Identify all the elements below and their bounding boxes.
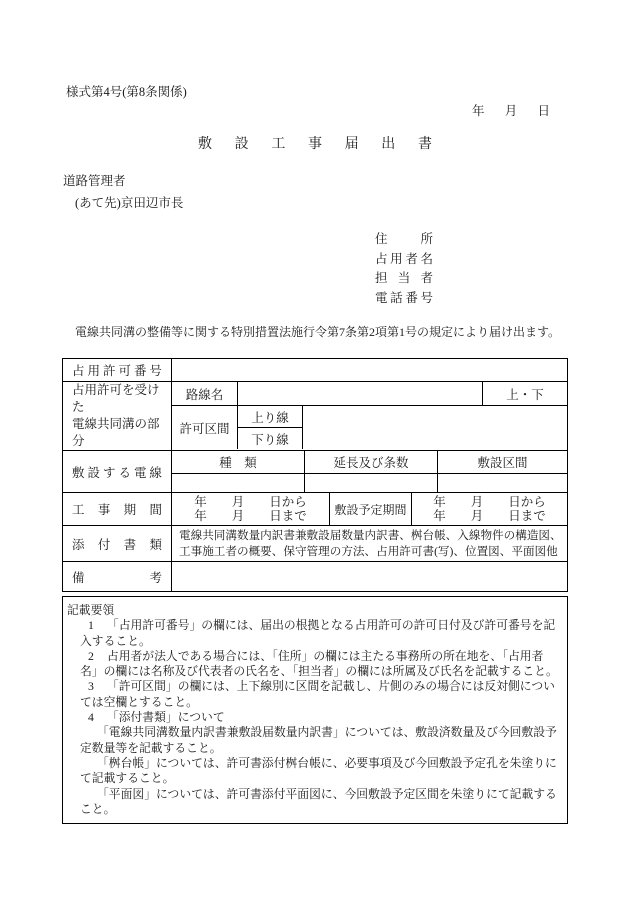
route-name-label: 路線名 <box>172 382 237 405</box>
occupant-name-label: 占用者名 <box>375 248 433 268</box>
applicant-label-block: 住所 占用者名 担当者 電話番号 <box>375 228 433 307</box>
note-item-3: 3「許可区間」の欄には、上下線別に区間を記載し、片側のみの場合には反対側について… <box>67 679 561 710</box>
permit-number-label: 占用許可番号 <box>63 359 171 381</box>
down-line-label: 下り線 <box>238 427 302 449</box>
permit-section-value-cell <box>302 406 567 449</box>
route-name-value-cell <box>237 382 482 405</box>
permit-section-label: 許可区間 <box>172 406 237 449</box>
work-period-label: 工事期間 <box>63 493 171 525</box>
date-line: 年月日 <box>472 101 550 119</box>
up-line-label: 上り線 <box>238 406 302 427</box>
up-down-cell: 上・下 <box>482 382 567 405</box>
remarks-value-cell <box>171 562 567 591</box>
cable-type-value-cell <box>172 474 304 492</box>
permit-number-row: 占用許可番号 <box>63 359 567 381</box>
note-item-1: 1「占用許可番号」の欄には、届出の根拠となる占用許可の許可日付及び許可番号を記入… <box>67 618 561 649</box>
document-page: 様式第4号(第8条関係) 年月日 敷設工事届出書 道路管理者 (あて先)京田辺市… <box>0 0 630 903</box>
contact-person-label: 担当者 <box>375 267 433 287</box>
attachments-row: 添付書類 電線共同溝数量内訳書兼敷設届数量内訳書、桝台帳、入線物件の構造図、 工… <box>63 525 567 561</box>
note-item-4-sub-3: 「平面図」については、許可書添付平面図に、今回敷設予定区間を朱塗りにて記載するこ… <box>67 787 561 818</box>
note-item-4-sub-2: 「桝台帳」については、許可書添付桝台帳に、必要事項及び今回敷設予定孔を朱塗りにて… <box>67 756 561 787</box>
attachments-label: 添付書類 <box>63 526 171 561</box>
cable-label: 敷設する電線 <box>63 451 171 492</box>
form-number: 様式第4号(第8条関係) <box>66 82 187 100</box>
cable-section-value-cell <box>437 474 567 492</box>
notes-title: 記載要領 <box>67 603 561 618</box>
permit-number-value-cell <box>171 359 567 381</box>
main-form-table: 占用許可番号 占用許可を受けた 電線共同溝の部分 路線名 上・下 許可区間 上り… <box>62 358 568 592</box>
work-period-row: 工事期間 年 月 日から 年 月 日まで 敷設予定期間 年 月 日から 年 月 … <box>63 492 567 525</box>
cable-row: 敷設する電線 種 類 延長及び条数 敷設区間 <box>63 450 567 492</box>
page-title: 敷設工事届出書 <box>198 133 432 153</box>
note-item-4-sub-1: 「電線共同溝数量内訳書兼敷設届数量内訳書」については、敷設済数量及び今回敷設予定… <box>67 725 561 756</box>
cable-section-header: 敷設区間 <box>437 451 567 473</box>
cable-type-header: 種 類 <box>172 451 304 473</box>
notes-box: 記載要領 1「占用許可番号」の欄には、届出の根拠となる占用許可の許可日付及び許可… <box>62 596 568 824</box>
phone-label: 電話番号 <box>375 287 433 307</box>
note-item-4: 4「添付書類」について <box>67 710 561 725</box>
permitted-part-row: 占用許可を受けた 電線共同溝の部分 路線名 上・下 許可区間 上り線 下り線 <box>63 381 567 450</box>
cable-length-header: 延長及び条数 <box>304 451 437 473</box>
attachments-list: 電線共同溝数量内訳書兼敷設届数量内訳書、桝台帳、入線物件の構造図、 工事施工者の… <box>171 526 567 561</box>
work-period-dates-cell: 年 月 日から 年 月 日まで <box>171 493 329 525</box>
remarks-row: 備考 <box>63 561 567 591</box>
road-administrator-label: 道路管理者 <box>63 171 126 189</box>
remarks-label: 備考 <box>63 562 171 591</box>
planned-period-label: 敷設予定期間 <box>329 493 411 525</box>
declaration-statement: 電線共同溝の整備等に関する特別措置法施行令第7条第2項第1号の規定により届け出ま… <box>75 323 560 340</box>
addressee-line: (あて先)京田辺市長 <box>75 193 183 211</box>
address-label: 住所 <box>375 228 433 248</box>
up-down-line-column: 上り線 下り線 <box>237 406 302 449</box>
cable-length-value-cell <box>304 474 437 492</box>
planned-period-dates-cell: 年 月 日から 年 月 日まで <box>411 493 567 525</box>
note-item-2: 2占用者が法人である場合には、「住所」の欄には主たる事務所の所在地を、「占用者名… <box>67 649 561 680</box>
permitted-part-label: 占用許可を受けた 電線共同溝の部分 <box>63 382 171 450</box>
